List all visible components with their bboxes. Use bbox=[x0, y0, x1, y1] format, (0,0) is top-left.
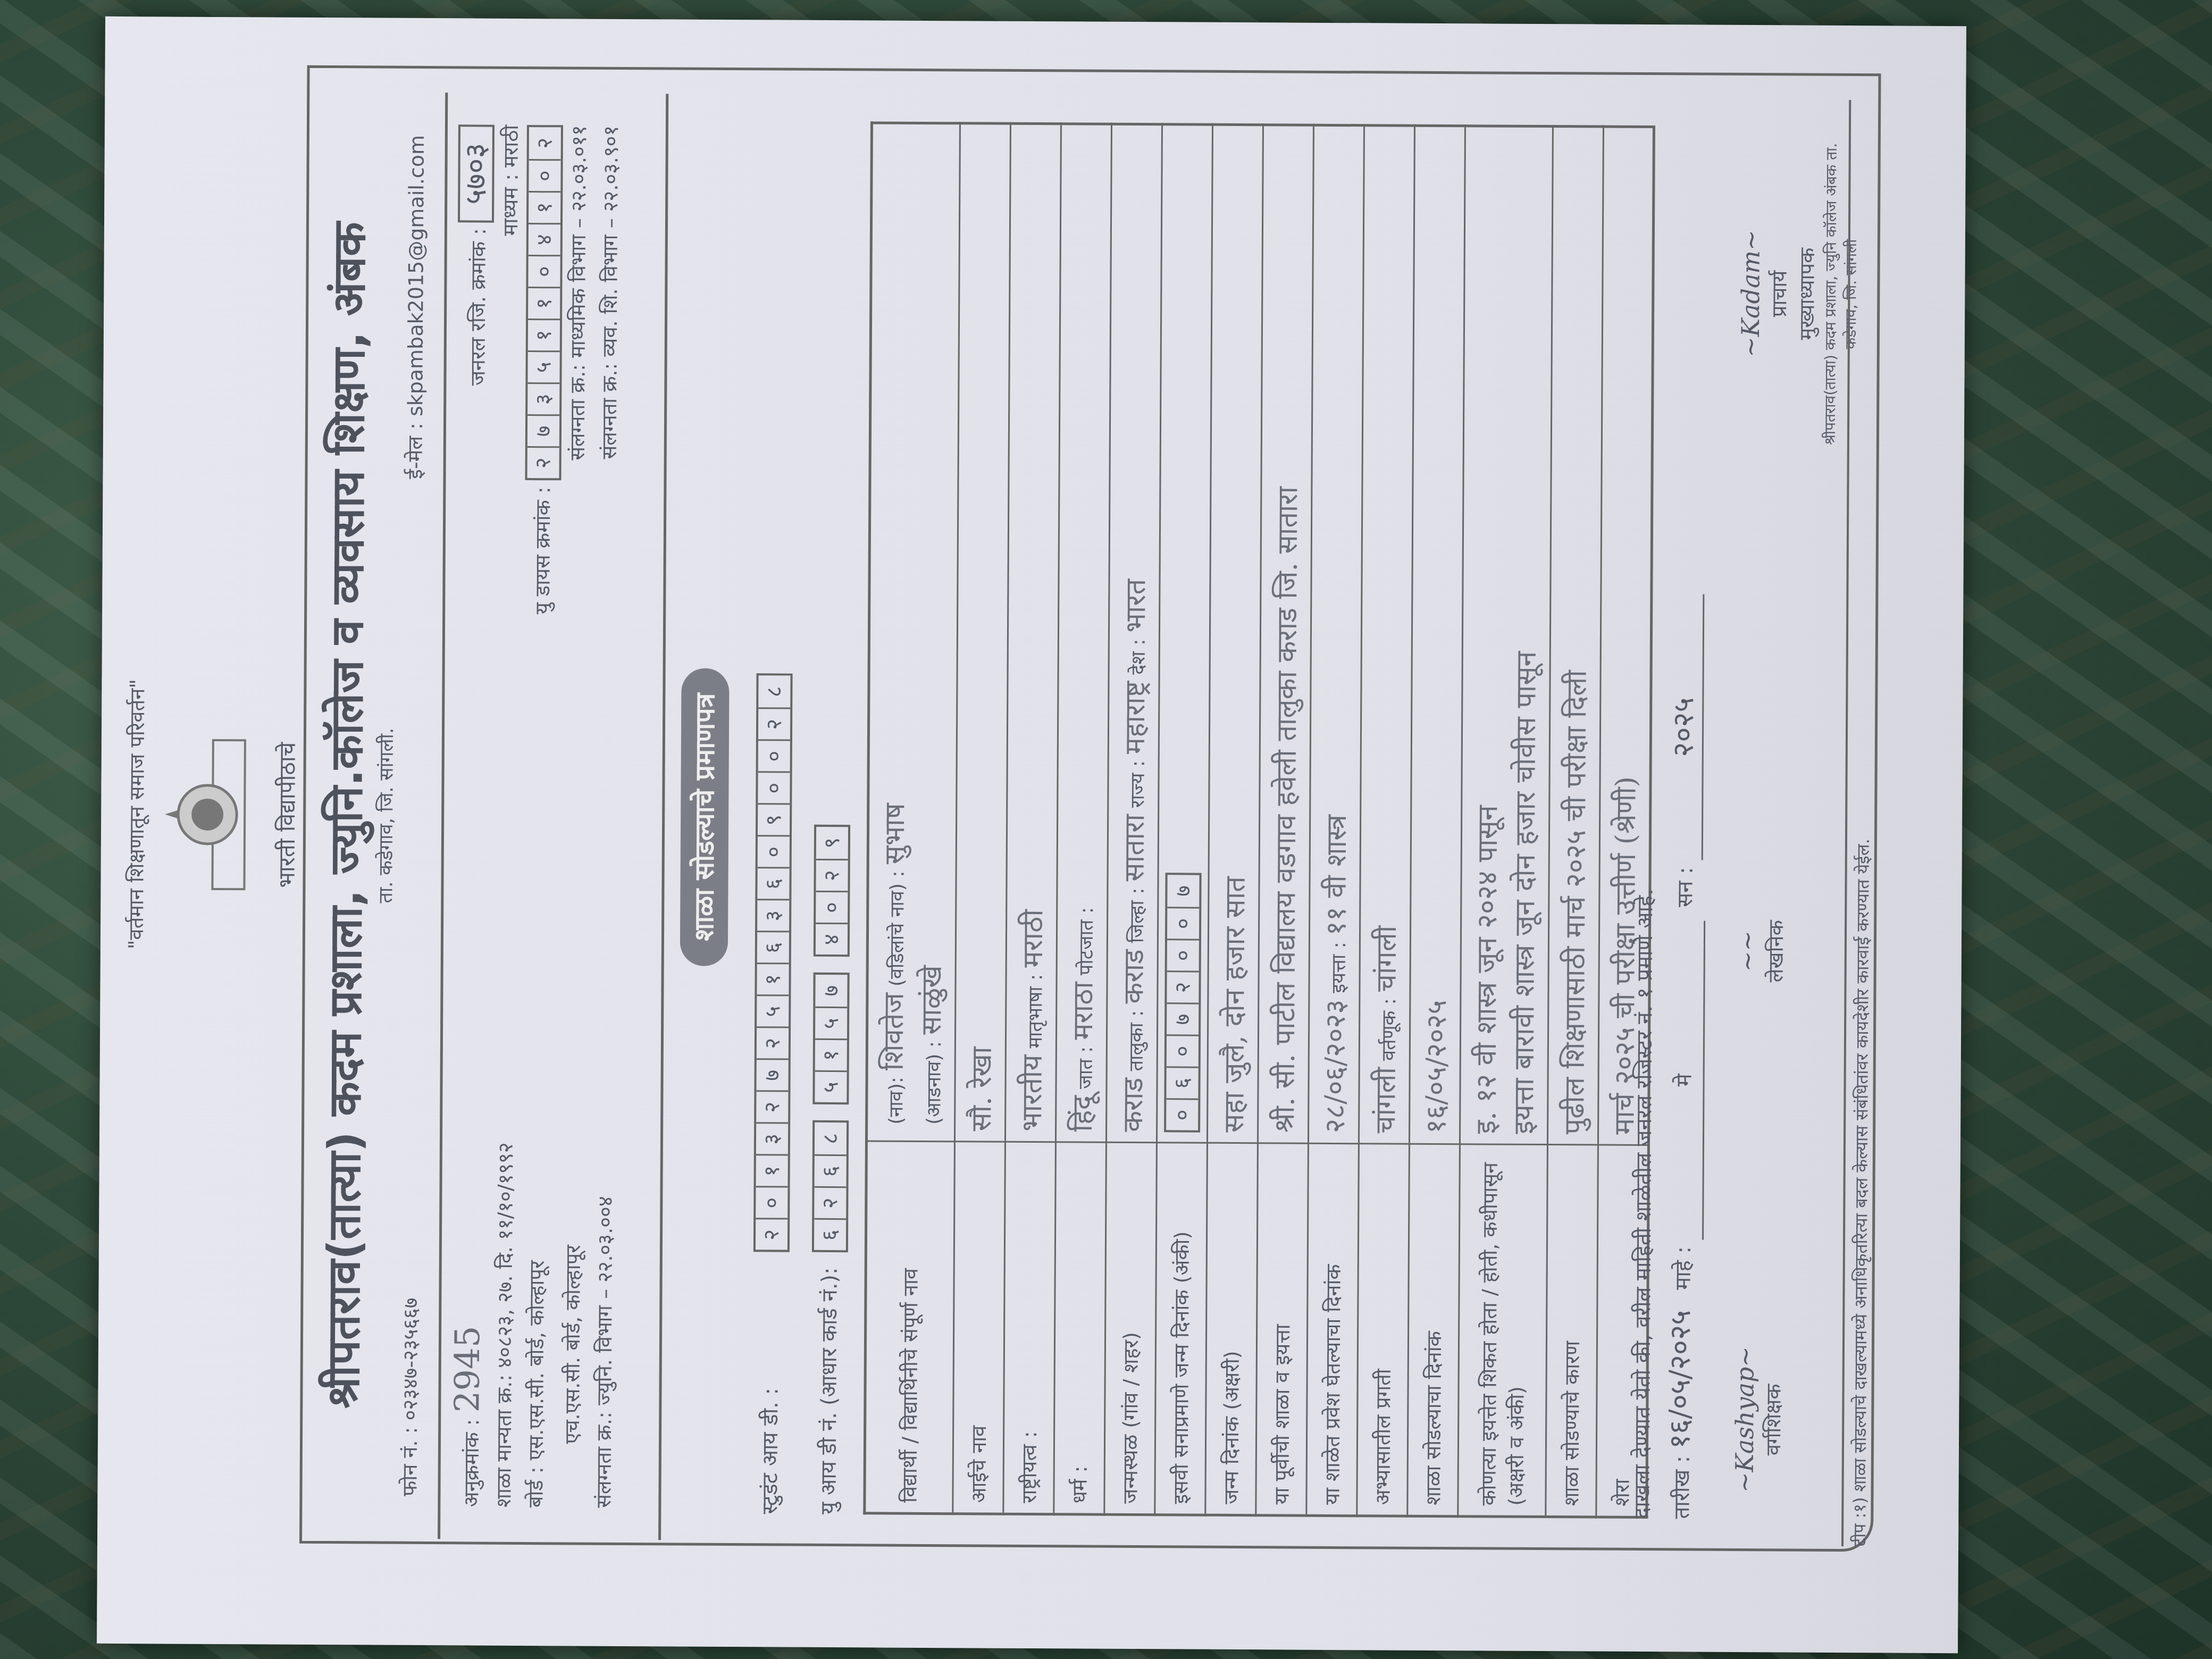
student-id-label: स्टुडंट आय डी. : bbox=[741, 1259, 801, 1514]
student-id-digits: २०१३२७२५१६३६०९००२८ bbox=[753, 674, 793, 1252]
value: १६/०५/२०२५ bbox=[1420, 1000, 1453, 1134]
certification-block: दाखला देण्यात येतो की, वरील माहिती शाळेत… bbox=[1623, 125, 1710, 1519]
digit: ० bbox=[1167, 907, 1199, 939]
affiliation-junior: संलग्नता क्र.: ज्युनि. विभाग – २२.०३.००४ bbox=[588, 1196, 621, 1508]
uid-group: ५१५७ bbox=[812, 973, 849, 1104]
month-label: माहे : bbox=[1671, 1246, 1696, 1290]
birthdate-digits: ०६०७२००७ bbox=[1164, 873, 1202, 1132]
value2: इयत्ता बारावी शास्त्र जून दोन हजार चोवीस… bbox=[1508, 651, 1543, 1134]
row-value: चांगलीवर्तणूक :चांगली bbox=[1359, 125, 1414, 1144]
row-label: शाळा सोडल्याचा दिनांक bbox=[1407, 1144, 1460, 1516]
digit: ५ bbox=[815, 1007, 847, 1038]
name: शिवतेज bbox=[878, 993, 910, 1070]
school-info-box: अनुक्रमांक : 2945 जनरल रजि. क्रमांक :५७०… bbox=[438, 93, 668, 1540]
digit: ६ bbox=[757, 931, 789, 963]
digit: ७ bbox=[1167, 875, 1199, 907]
digit: १ bbox=[529, 191, 560, 223]
table-row: विद्यार्थी / विद्यार्थिनीचे संपूर्ण नाव(… bbox=[865, 123, 960, 1514]
id-section: स्टुडंट आय डी. : २०१३२७२५१६३६०९००२८ यु आ… bbox=[741, 673, 862, 1514]
value: चांगली bbox=[1370, 1067, 1402, 1134]
digit: ० bbox=[758, 740, 790, 772]
father-label: (वडिलांचे नाव) : bbox=[883, 870, 910, 986]
surname-label: (आडनाव) : bbox=[920, 1041, 946, 1125]
row-value: भारतीयमातृभाषा :मराठी bbox=[1005, 123, 1061, 1142]
extra4: भारत bbox=[1119, 579, 1152, 633]
digit: ६ bbox=[815, 1154, 847, 1186]
general-reg-label: जनरल रजि. क्रमांक : bbox=[466, 228, 490, 386]
row-value: (नाव):शिवतेज(वडिलांचे नाव) :सुभाष(आडनाव)… bbox=[866, 123, 960, 1142]
table-row: आईचे नावसौ. रेखा bbox=[953, 123, 1011, 1514]
extra-label: इयत्ता : bbox=[1325, 942, 1351, 993]
name-label: (नाव): bbox=[882, 1077, 908, 1125]
digit: १ bbox=[756, 1154, 788, 1186]
digit: २ bbox=[527, 446, 559, 478]
value: भारतीय bbox=[1016, 1054, 1049, 1132]
row-label: जन्मस्थळ (गांव / शहर) bbox=[1104, 1142, 1157, 1514]
digit: ६ bbox=[814, 1218, 846, 1250]
value: कराड bbox=[1117, 1077, 1150, 1132]
extra: मराठी bbox=[1017, 909, 1049, 968]
table-row: जन्मस्थळ (गांव / शहर)कराडतालुका :कराडजिल… bbox=[1104, 124, 1162, 1514]
extra: मराठा bbox=[1067, 982, 1099, 1040]
serial-label: अनुक्रमांक : bbox=[459, 1419, 483, 1507]
extra2: सातारा bbox=[1118, 814, 1151, 882]
digit: १ bbox=[528, 319, 560, 350]
value: २८/०६/२०२३ bbox=[1319, 999, 1352, 1133]
row-value: कराडतालुका :कराडजिल्हा :साताराराज्य :महा… bbox=[1106, 124, 1162, 1142]
digit: ० bbox=[758, 772, 790, 803]
school-logo-icon bbox=[164, 734, 266, 894]
value: सहा जुलै, दोन हजार सात bbox=[1218, 876, 1252, 1133]
udise-label: यु डायस क्रमांक : bbox=[531, 487, 555, 614]
extra-label: तालुका : bbox=[1122, 1010, 1149, 1071]
digit: २ bbox=[1167, 970, 1199, 1002]
digit: ३ bbox=[527, 382, 559, 414]
tagline: "वर्तमान शिक्षणातून समाज परिवर्तन" bbox=[118, 27, 154, 1601]
extra: कराड bbox=[1118, 949, 1150, 1004]
table-row: धर्म :हिंदूजात :मराठापोटजात : bbox=[1054, 124, 1112, 1514]
digit: ० bbox=[529, 159, 560, 191]
digit: २ bbox=[758, 708, 790, 740]
digit: २ bbox=[529, 127, 561, 159]
board-ssc: बोर्ड : एस.एस.सी. बोर्ड, कोल्हापूर bbox=[520, 1260, 557, 1507]
table-row: या शाळेत प्रवेश घेतल्याचा दिनांक२८/०६/२०… bbox=[1306, 125, 1364, 1515]
row-value: सौ. रेखा bbox=[954, 123, 1010, 1142]
serial-value: 2945 bbox=[448, 1326, 488, 1412]
value: पुढील शिक्षणासाठी मार्च २०२५ ची परीक्षा … bbox=[1559, 670, 1593, 1135]
table-row: कोणत्या इयत्तेत शिकत होता / होती, कधीपास… bbox=[1458, 126, 1553, 1517]
digit: २ bbox=[757, 1027, 789, 1059]
principal-subtitle: मुख्याध्यापक bbox=[1792, 121, 1821, 466]
medium: माध्यम : मराठी bbox=[495, 125, 527, 236]
digit: ५ bbox=[815, 1070, 847, 1102]
digit: ५ bbox=[757, 995, 789, 1027]
digit: ७ bbox=[527, 414, 559, 446]
extra2-label: पोटजात : bbox=[1072, 907, 1099, 975]
table-row: राष्ट्रीयत्व :भारतीयमातृभाषा :मराठी bbox=[1003, 123, 1061, 1514]
phone: फोन नं. : ०२३४७-२३५६६७ bbox=[395, 1297, 424, 1496]
row-value: २८/०६/२०२३इयत्ता :११ वी शास्त्र bbox=[1308, 125, 1364, 1143]
class-teacher-signature: ~Kashyap~वर्गशिक्षक bbox=[1730, 1346, 1787, 1493]
certificate-paper: "वर्तमान शिक्षणातून समाज परिवर्तन" भारती… bbox=[97, 16, 1966, 1653]
table-row: शाळा सोडल्याचा दिनांक१६/०५/२०२५ bbox=[1407, 125, 1465, 1516]
father: सुभाष bbox=[879, 803, 911, 865]
year-label: सन : bbox=[1673, 867, 1697, 907]
extra: ११ वी शास्त्र bbox=[1320, 815, 1353, 936]
uid-groups: ६२६८५१५७४०२९ bbox=[818, 809, 844, 1252]
digit: ९ bbox=[758, 803, 790, 835]
row-label: या शाळेत प्रवेश घेतल्याचा दिनांक bbox=[1306, 1143, 1359, 1515]
uid-group: ४०२९ bbox=[814, 825, 850, 957]
row-value: १६/०५/२०२५ bbox=[1409, 125, 1465, 1144]
digit: ४ bbox=[529, 223, 560, 255]
uid-label: यु आय डी नं. (आधार कार्ड नं.): bbox=[799, 1259, 859, 1515]
certificate-title: शाळा सोडल्याचे प्रमाणपत्र bbox=[680, 668, 730, 966]
digit: ० bbox=[758, 835, 790, 867]
digit: ९ bbox=[816, 827, 848, 859]
digit: १ bbox=[757, 963, 789, 995]
table-row: शाळा सोडण्याचे कारणपुढील शिक्षणासाठी मार… bbox=[1546, 127, 1604, 1517]
extra-label: जात : bbox=[1071, 1046, 1097, 1089]
value: श्री. सी. पाटील विद्यालय वडगाव हवेली ताल… bbox=[1269, 487, 1304, 1133]
digit: २ bbox=[756, 1091, 788, 1122]
row-value: श्री. सी. पाटील विद्यालय वडगाव हवेली ताल… bbox=[1258, 125, 1313, 1143]
udise-digits: २७३५११०४१०२ bbox=[525, 125, 563, 480]
row-label: विद्यार्थी / विद्यार्थिनीचे संपूर्ण नाव bbox=[865, 1141, 955, 1514]
row-label: इसवी सनाप्रमाणे जन्म दिनांक (अंकी) bbox=[1155, 1143, 1208, 1515]
extra2-label: जिल्हा : bbox=[1122, 888, 1149, 943]
table-row: अभ्यासातील प्रगतीचांगलीवर्तणूक :चांगली bbox=[1357, 125, 1415, 1516]
surname: साळुंखे bbox=[916, 965, 948, 1035]
email: ई-मेल : skpambak2015@gmail.com bbox=[400, 135, 430, 479]
uid-group: ६२६८ bbox=[812, 1120, 849, 1252]
recognition-number: शाळा मान्यता क्र.: ४०८२३, २७. दि. ११/१०/… bbox=[488, 1142, 522, 1507]
extra4-label: देश : bbox=[1124, 639, 1150, 675]
value: इ. १२ वी शास्त्र जून २०२४ पासून bbox=[1470, 805, 1504, 1134]
general-reg-value: ५७०३ bbox=[458, 124, 495, 223]
digit: २ bbox=[816, 859, 848, 891]
digit: ० bbox=[1166, 1098, 1198, 1130]
year-value: २०२५ bbox=[1664, 594, 1705, 860]
row-label: जन्म दिनांक (अक्षरी) bbox=[1205, 1143, 1258, 1515]
row-label: आईचे नाव bbox=[953, 1142, 1006, 1514]
digit: ० bbox=[816, 891, 848, 923]
row-label: अभ्यासातील प्रगती bbox=[1357, 1144, 1410, 1516]
row-value: ०६०७२००७ bbox=[1157, 124, 1212, 1143]
value: हिंदू bbox=[1067, 1095, 1099, 1132]
date-value: १६/०५/२०२५ bbox=[1663, 1310, 1697, 1449]
clerk-label: लेखनिक bbox=[1762, 920, 1790, 982]
digit: ७ bbox=[1167, 1002, 1199, 1034]
extra-label: मातृभाषा : bbox=[1021, 974, 1048, 1049]
table-row: इसवी सनाप्रमाणे जन्म दिनांक (अंकी)०६०७२०… bbox=[1155, 124, 1213, 1515]
table-row: या पूर्वीची शाळा व इयत्ताश्री. सी. पाटील… bbox=[1256, 125, 1314, 1515]
affiliation-secondary: संलग्नता क्र.: माध्यमिक विभाग – २२.०३.०१… bbox=[562, 125, 595, 460]
digit: ४ bbox=[816, 923, 848, 954]
digit: २ bbox=[814, 1186, 846, 1218]
month-value: मे bbox=[1665, 920, 1705, 1239]
principal-title: प्राचार्य bbox=[1764, 121, 1794, 466]
row-value: पुढील शिक्षणासाठी मार्च २०२५ ची परीक्षा … bbox=[1547, 127, 1603, 1145]
class-teacher-label: वर्गशिक्षक bbox=[1759, 1346, 1787, 1493]
row-value: हिंदूजात :मराठापोटजात : bbox=[1055, 124, 1111, 1142]
affiliation-vocational: संलग्नता क्र.: व्यव. शि. विभाग – २२.०३.९… bbox=[593, 125, 627, 459]
digit: १ bbox=[815, 1038, 847, 1070]
digit: ० bbox=[1167, 1034, 1199, 1066]
row-label: कोणत्या इयत्तेत शिकत होता / होती, कधीपास… bbox=[1458, 1144, 1548, 1517]
row-label: या पूर्वीची शाळा व इयत्ता bbox=[1256, 1143, 1309, 1515]
clerk-signature: ~~लेखनिक bbox=[1733, 920, 1790, 983]
row-label: धर्म : bbox=[1054, 1142, 1107, 1514]
row-label: शाळा सोडण्याचे कारण bbox=[1546, 1145, 1598, 1517]
digit: ८ bbox=[758, 676, 790, 708]
extra3: महाराष्ट्र bbox=[1119, 681, 1151, 755]
row-label: राष्ट्रीयत्व : bbox=[1003, 1142, 1056, 1514]
row-value: सहा जुलै, दोन हजार सात bbox=[1207, 124, 1263, 1143]
principal-signature: ~Kadam~प्राचार्यमुख्याध्यापकश्रीपतराव(ता… bbox=[1736, 121, 1862, 467]
digit: ६ bbox=[757, 867, 789, 899]
school-name: श्रीपतराव(तात्या) कदम प्रशाला, ज्युनि.कॉ… bbox=[309, 28, 379, 1603]
digit: ५ bbox=[527, 350, 559, 382]
certificate-sheet: "वर्तमान शिक्षणातून समाज परिवर्तन" भारती… bbox=[97, 27, 1902, 1611]
extra3-label: राज्य : bbox=[1124, 760, 1150, 808]
digit: ३ bbox=[757, 899, 789, 931]
extra: चांगली bbox=[1370, 926, 1403, 992]
digit: ६ bbox=[1166, 1066, 1198, 1098]
digit: ७ bbox=[815, 975, 847, 1007]
value: सौ. रेखा bbox=[966, 1046, 998, 1131]
digit: ७ bbox=[756, 1059, 788, 1091]
digit: ० bbox=[756, 1186, 787, 1218]
date-label: तारीख : bbox=[1670, 1456, 1695, 1519]
digit: ० bbox=[1167, 939, 1199, 970]
digit: ३ bbox=[756, 1122, 788, 1154]
digit: ८ bbox=[815, 1122, 847, 1154]
row-value: इ. १२ वी शास्त्र जून २०२४ पासूनइयत्ता बा… bbox=[1460, 126, 1553, 1145]
digit: २ bbox=[756, 1218, 787, 1250]
digit: ० bbox=[528, 255, 560, 287]
extra-label: वर्तणूक : bbox=[1375, 998, 1401, 1061]
certificate-table: विद्यार्थी / विद्यार्थिनीचे संपूर्ण नाव(… bbox=[863, 121, 1655, 1519]
digit: १ bbox=[528, 287, 560, 319]
table-row: जन्म दिनांक (अक्षरी)सहा जुलै, दोन हजार स… bbox=[1205, 124, 1263, 1515]
board-hsc: एच.एस.सी. बोर्ड, कोल्हापूर bbox=[556, 1245, 589, 1508]
